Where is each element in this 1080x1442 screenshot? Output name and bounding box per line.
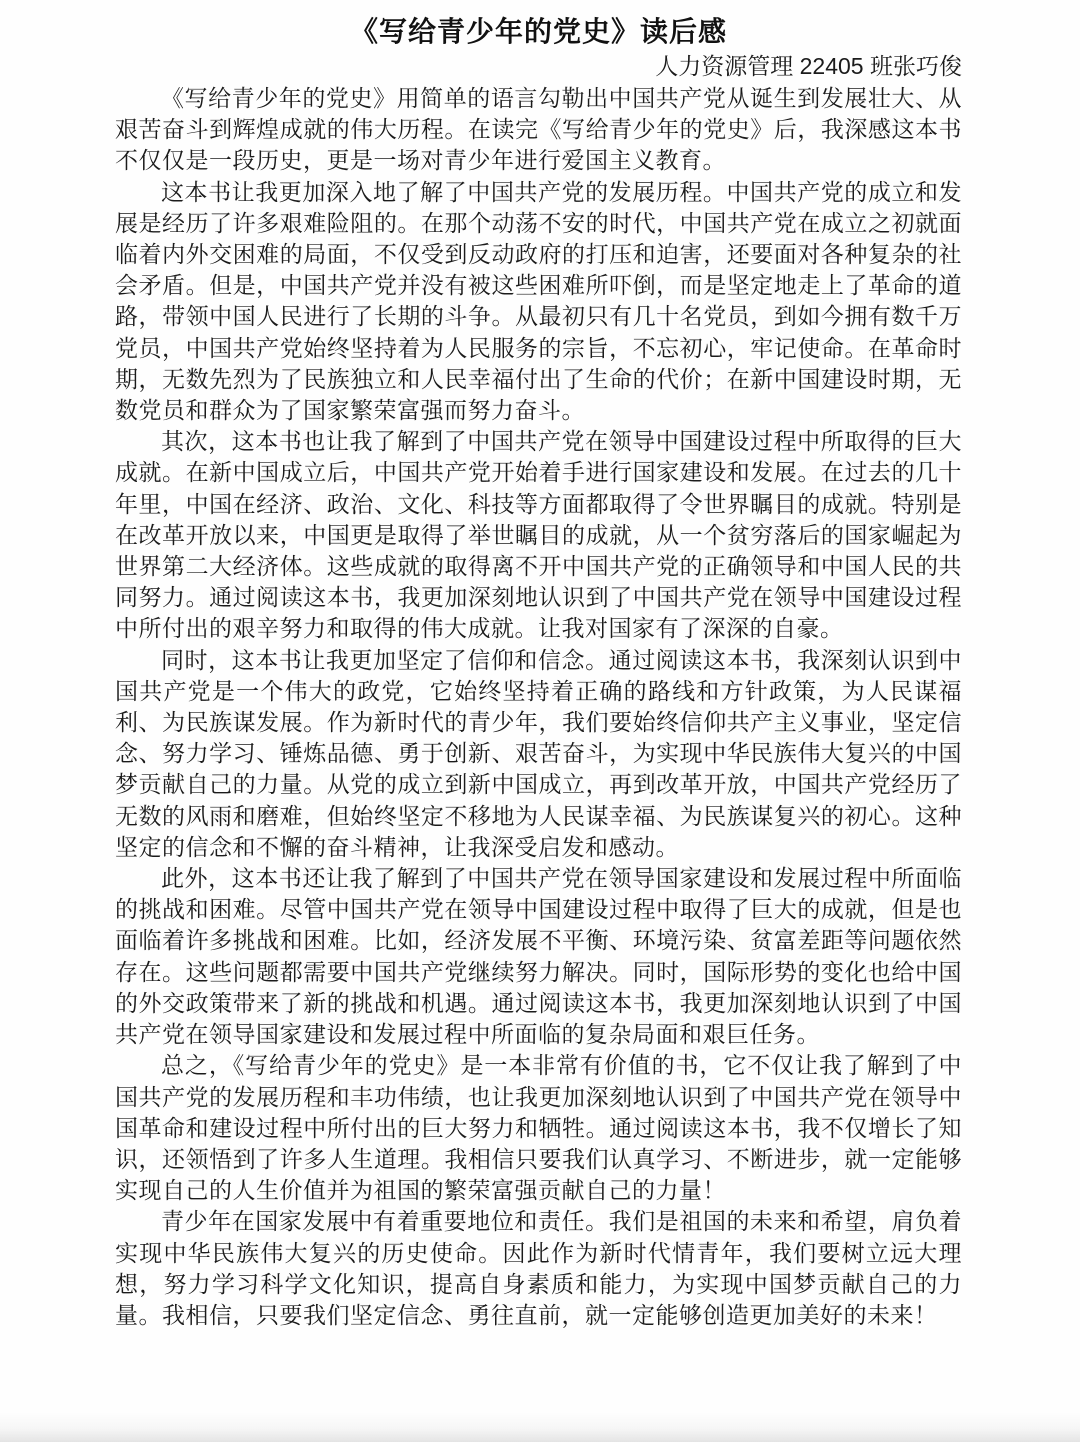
page-bottom-shadow	[0, 1412, 1080, 1442]
essay-paragraph-youth: 青少年在国家发展中有着重要地位和责任。我们是祖国的未来和希望，肩负着实现中华民族…	[115, 1206, 962, 1331]
essay-paragraph-history: 这本书让我更加深入地了解了中国共产党的发展历程。中国共产党的成立和发展是经历了许…	[115, 177, 962, 427]
essay-paragraph-intro: 《写给青少年的党史》用简单的语言勾勒出中国共产党从诞生到发展壮大、从艰苦奋斗到辉…	[115, 83, 962, 177]
document-page: 《写给青少年的党史》读后感 人力资源管理 22405 班张巧俊 《写给青少年的党…	[0, 0, 1080, 1442]
document-title: 《写给青少年的党史》读后感	[115, 13, 962, 50]
essay-paragraph-summary: 总之，《写给青少年的党史》是一本非常有价值的书，它不仅让我了解到了中国共产党的发…	[115, 1050, 962, 1206]
essay-paragraph-challenges: 此外，这本书还让我了解到了中国共产党在领导国家建设和发展过程中所面临的挑战和困难…	[115, 863, 962, 1050]
essay-paragraph-faith: 同时，这本书让我更加坚定了信仰和信念。通过阅读这本书，我深刻认识到中国共产党是一…	[115, 645, 962, 863]
author-byline: 人力资源管理 22405 班张巧俊	[115, 50, 962, 83]
essay-paragraph-achievements: 其次，这本书也让我了解到了中国共产党在领导中国建设过程中所取得的巨大成就。在新中…	[115, 426, 962, 644]
